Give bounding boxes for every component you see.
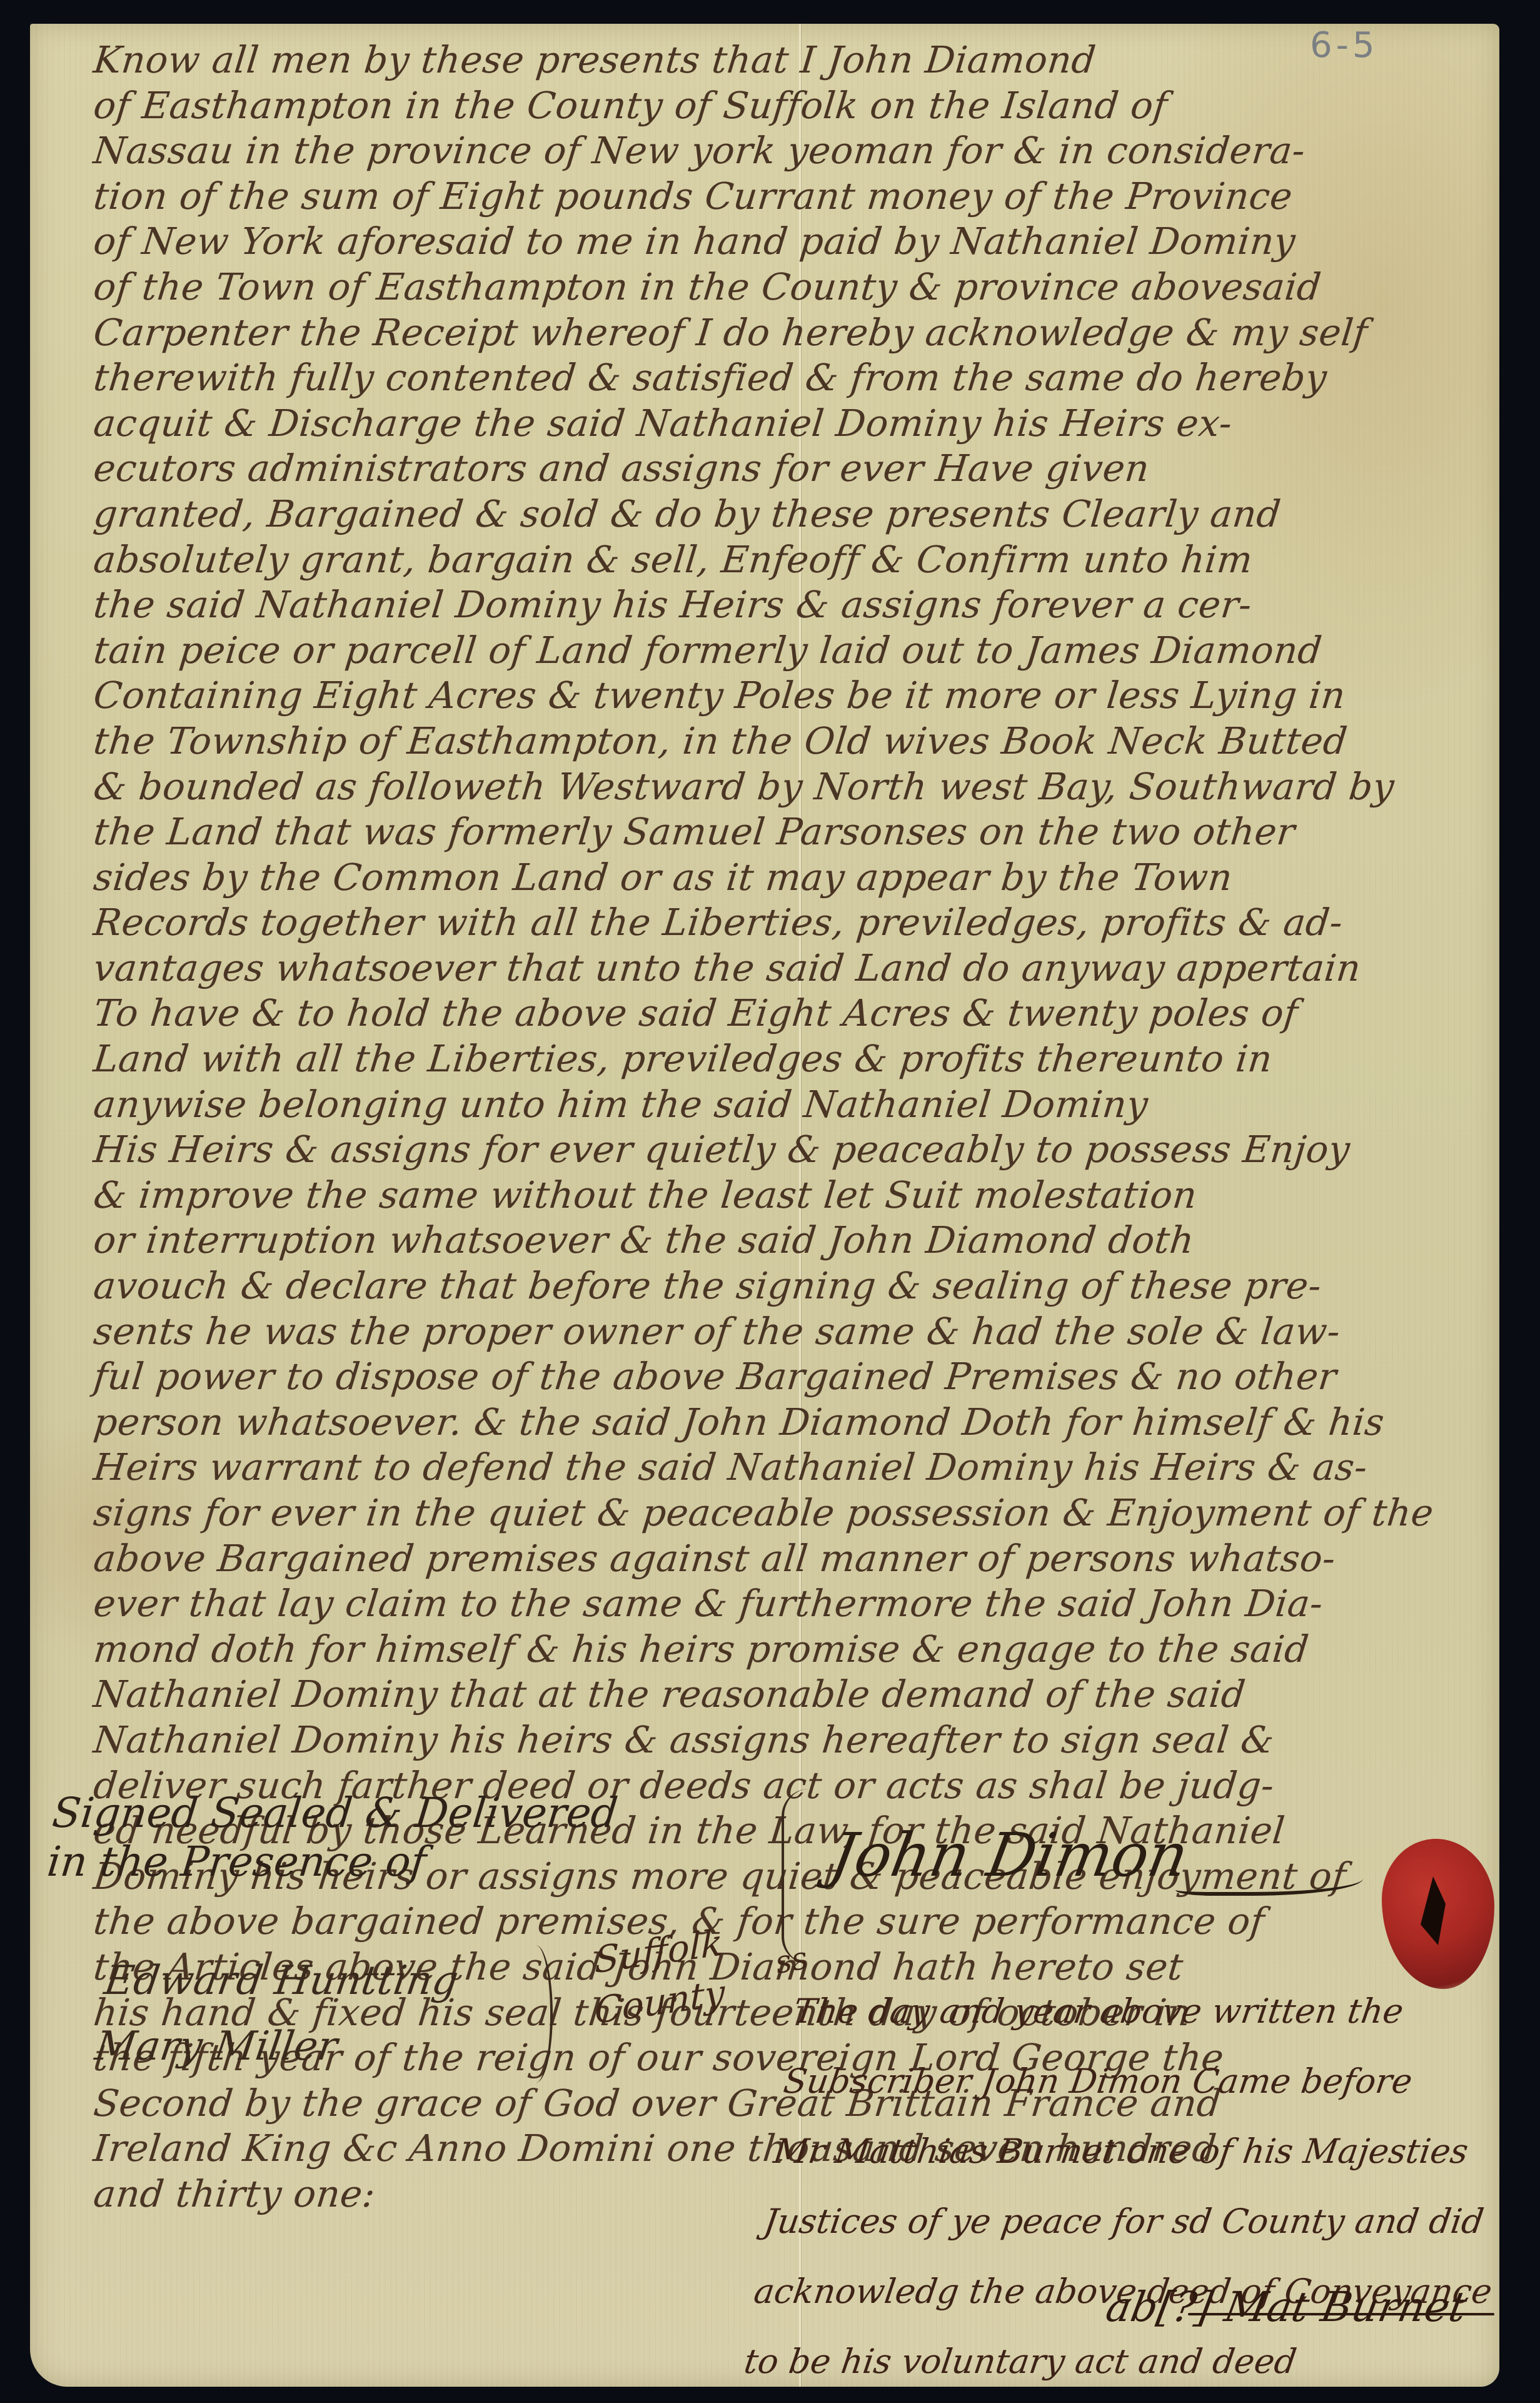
witness-list: Edward Huntting Mary Miller <box>91 1948 462 2080</box>
attestation-line-2: in the Presence of <box>45 1838 615 1886</box>
deed-line: Carpenter the Receipt whereof I do hereb… <box>91 310 1491 356</box>
county-ss-mark: ss <box>772 1940 810 1981</box>
deed-line: tion of the sum of Eight pounds Currant … <box>91 174 1491 220</box>
deed-line: Containing Eight Acres & twenty Poles be… <box>91 673 1491 719</box>
deed-line: ecutors administrators and assigns for e… <box>91 446 1491 492</box>
deed-line: His Heirs & assigns for ever quietly & p… <box>91 1127 1491 1173</box>
signature-bracket <box>782 1789 809 1964</box>
deed-line: tain peice or parcell of Land formerly l… <box>91 628 1491 674</box>
justice-signature-underline <box>1188 2313 1494 2315</box>
acknowledgement: The day and year above written the Subsc… <box>740 1976 1540 2397</box>
deed-line: Know all men by these presents that I Jo… <box>91 38 1491 83</box>
deed-line: of Easthampton in the County of Suffolk … <box>91 83 1491 129</box>
deed-line: signs for ever in the quiet & peaceable … <box>91 1490 1491 1536</box>
witness-name: Mary Miller <box>91 2014 453 2080</box>
deed-line: therewith fully contented & satisfied & … <box>91 355 1491 401</box>
deed-line: or interruption whatsoever & the said Jo… <box>91 1218 1491 1263</box>
attestation-clause: Signed Sealed & Delivered in the Presenc… <box>45 1789 620 1886</box>
deed-line: of the Town of Easthampton in the County… <box>91 265 1491 310</box>
ack-line: Justices of ye peace for sd County and d… <box>759 2187 1519 2257</box>
county-label: Suffolk County <box>595 1917 725 2036</box>
deed-line: ever that lay claim to the same & furthe… <box>91 1581 1491 1627</box>
deed-line: ful power to dispose of the above Bargai… <box>91 1354 1491 1400</box>
ack-line: Subscriber John Dimon Came before <box>779 2046 1539 2117</box>
justice-signature: ab[?] Mat Burnet <box>1102 2283 1470 2331</box>
deed-line: acquit & Discharge the said Nathaniel Do… <box>91 401 1491 447</box>
deed-line: & bounded as followeth Westward by North… <box>91 764 1491 810</box>
deed-line: To have & to hold the above said Eight A… <box>91 991 1491 1036</box>
deed-line: Nassau in the province of New york yeoma… <box>91 128 1491 174</box>
deed-line: & improve the same without the least let… <box>91 1173 1491 1218</box>
deed-line: absolutely grant, bargain & sell, Enfeof… <box>91 537 1491 583</box>
deed-line: person whatsoever. & the said John Diamo… <box>91 1400 1491 1445</box>
grantor-signature: John Dimon <box>825 1820 1194 1890</box>
deed-line: Heirs warrant to defend the said Nathani… <box>91 1445 1491 1490</box>
deed-line: avouch & declare that before the signing… <box>91 1263 1491 1309</box>
attestation-line-1: Signed Sealed & Delivered <box>50 1789 620 1838</box>
deed-line: mond doth for himself & his heirs promis… <box>91 1627 1491 1672</box>
deed-line: the Land that was formerly Samuel Parson… <box>91 809 1491 855</box>
deed-line: granted, Bargained & sold & do by these … <box>91 492 1491 537</box>
witness-brace <box>519 1945 553 2083</box>
deed-line: sides by the Common Land or as it may ap… <box>91 855 1491 901</box>
deed-line: anywise belonging unto him the said Nath… <box>91 1082 1491 1128</box>
deed-line: of New York aforesaid to me in hand paid… <box>91 219 1491 265</box>
deed-line: Nathaniel Dominy that at the reasonable … <box>91 1672 1491 1718</box>
deed-line: Nathaniel Dominy his heirs & assigns her… <box>91 1718 1491 1763</box>
ack-line: Mr Matthias Burnet one of his Majesties <box>769 2117 1529 2187</box>
deed-line: sents he was the proper owner of the sam… <box>91 1309 1491 1355</box>
deed-line: the said Nathaniel Dominy his Heirs & as… <box>91 582 1491 628</box>
ack-line: The day and year above written the <box>788 1976 1540 2046</box>
deed-line: above Bargained premises against all man… <box>91 1536 1491 1582</box>
deed-line: Land with all the Liberties, previledges… <box>91 1036 1491 1082</box>
deed-line: Records together with all the Liberties,… <box>91 900 1491 946</box>
deed-line: vantages whatsoever that unto the said L… <box>91 946 1491 991</box>
ack-line: to be his voluntary act and deed <box>740 2327 1500 2397</box>
witness-name: Edward Huntting <box>100 1948 463 2014</box>
deed-line: the Township of Easthampton, in the Old … <box>91 719 1491 764</box>
